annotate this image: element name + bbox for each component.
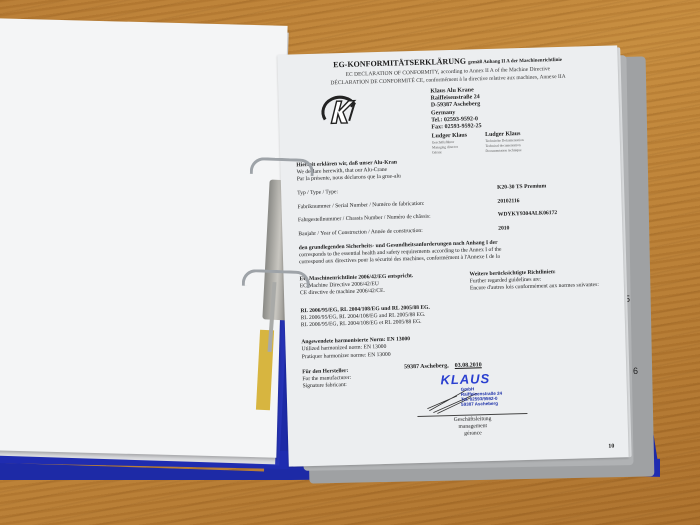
signatory: Ludger Klaus Technische Dokumentation Te…	[485, 131, 524, 154]
address-line: Fax: 02593-9592-25	[431, 123, 481, 132]
company-address: Klaus Alu Krane Raiffeisenstraße 24 D-59…	[430, 87, 481, 132]
directives: EG Maschinenrichtlinie 2006/42/EG entspr…	[300, 267, 615, 296]
binder-ring-top[interactable]	[250, 157, 315, 176]
harmonized-norm: Angewendete harmonisierte Norm: EN 13000…	[301, 336, 410, 361]
manufacturer-signature-label: Für den Hersteller: For the manufacturer…	[302, 368, 351, 390]
manufacturer-fr: Signature fabricant:	[302, 381, 351, 389]
further-directives: Weitere berücksichtigte Richtlinien: Fur…	[469, 267, 615, 291]
conformity-declaration-page: EG-KONFORMITÄTSERKLÄRUNG gemäß Anhang II…	[277, 45, 628, 466]
product-fields: Typ / Type / Type:K20-30 TS Premium Fabr…	[297, 182, 608, 245]
page-number: 10	[608, 444, 614, 450]
stamp-brand: KLAUS	[440, 371, 490, 387]
company-stamp: KLAUS GmbH Raiffeisenstraße 24 Tel. 0259…	[416, 370, 527, 415]
stamp-lines: GmbH Raiffeisenstraße 24 Tel. 02593/9592…	[461, 386, 503, 407]
date: 03.08.2010	[455, 362, 482, 369]
divider-tab-6[interactable]: 6	[633, 366, 638, 376]
signatory: Ludger Klaus Geschäftsführer Managing di…	[432, 133, 468, 156]
signatories: Ludger Klaus Geschäftsführer Managing di…	[432, 131, 524, 156]
place-date: 59387 Ascheberg,03.08.2010	[404, 362, 482, 370]
left-page-blank	[0, 18, 288, 457]
signatory-title: Documentation technique	[485, 148, 523, 154]
signatory-title: Gérant	[432, 150, 468, 156]
document-header: EG-KONFORMITÄTSERKLÄRUNG gemäß Anhang II…	[292, 54, 605, 89]
management-label: Geschäftsleitung management gérance	[417, 413, 528, 439]
binder-ring-bottom[interactable]	[242, 269, 311, 288]
kk-circle-logo-icon	[316, 93, 361, 130]
address-line: D-59387 Ascheberg	[431, 102, 481, 111]
machine-directive: EG Maschinenrichtlinie 2006/42/EG entspr…	[300, 272, 471, 297]
rl-directives: RL 2006/95/EG, RL 2004/108/EG und RL 200…	[300, 305, 430, 329]
place: 59387 Ascheberg,	[404, 363, 449, 370]
stamp-line: 59387 Ascheberg	[461, 401, 502, 407]
